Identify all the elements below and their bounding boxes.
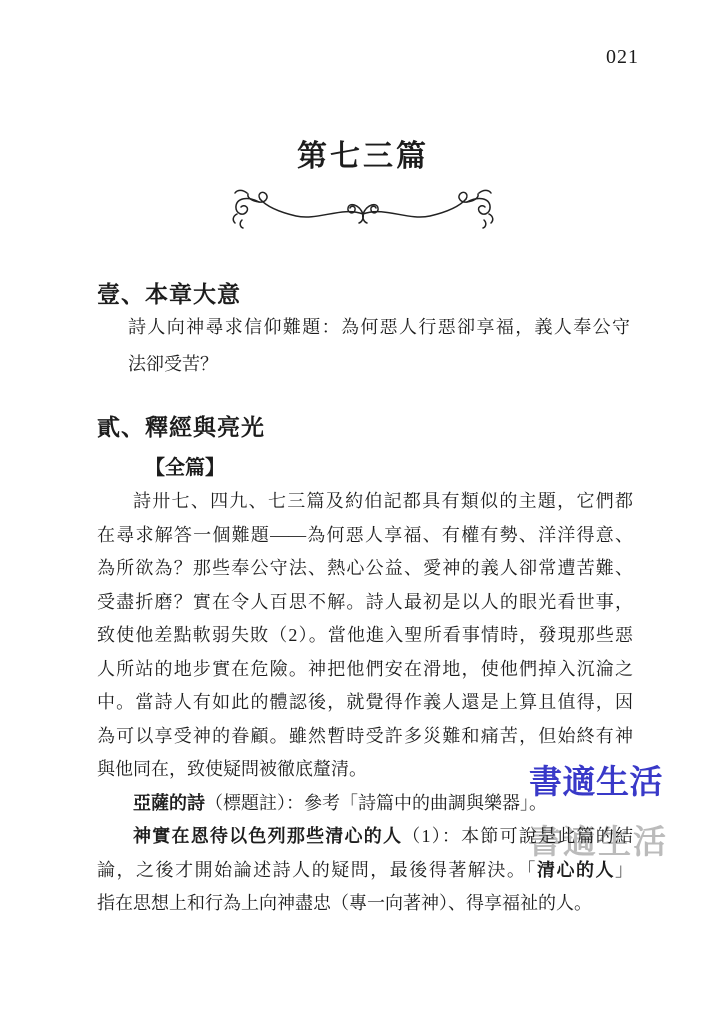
paragraph-asaph-title-note: 亞薩的詩（標題註）：參考「詩篇中的曲調與樂器」。 — [97, 787, 633, 821]
section1-body: 詩人向神尋求信仰難題：為何惡人行惡卻享福，義人奉公守法卻受苦？ — [128, 309, 630, 383]
text-segment: 論，之後才開始論述詩人的疑問，最後得著解決。「 — [97, 860, 537, 880]
text-segment: 詩人向神尋求信仰難題：為何惡人行惡卻享福，義人奉公守 — [128, 317, 630, 337]
section2-subheading: 【全篇】 — [145, 451, 225, 480]
text-segment: （1）：本節可說是此篇的結 — [402, 826, 633, 846]
text-segment: 在尋求解答一個難題——為何惡人享福、有權有勢、洋洋得意、 — [97, 525, 633, 545]
paragraph-whole-psalm: 詩卅七、四九、七三篇及約伯記都具有類似的主題，它們都在尋求解答一個難題——為何惡… — [97, 485, 633, 787]
text-segment: 為可以享受神的眷顧。雖然暫時受許多災難和痛苦，但始終有神 — [97, 726, 633, 746]
text-line: 論，之後才開始論述詩人的疑問，最後得著解決。「清心的人」 — [97, 854, 633, 888]
text-segment: 致使他差點軟弱失敗（2）。當他進入聖所看事情時，發現那些惡 — [97, 625, 633, 645]
section1-heading: 壹、本章大意 — [97, 276, 241, 309]
text-line: 與他同在，致使疑問被徹底釐清。 — [97, 753, 633, 787]
emphasized-phrase: 亞薩的詩 — [133, 793, 205, 813]
section2-body: 詩卅七、四九、七三篇及約伯記都具有類似的主題，它們都在尋求解答一個難題——為何惡… — [97, 485, 633, 921]
flourish-divider-icon — [0, 189, 726, 238]
text-segment: 人所站的地步實在危險。神把他們安在滑地，使他們掉入沉淪之 — [97, 659, 633, 679]
text-segment: 」 — [615, 860, 633, 880]
text-line: 為可以享受神的眷顧。雖然暫時受許多災難和痛苦，但始終有神 — [97, 720, 633, 754]
text-line: 中。當詩人有如此的體認後，就覺得作義人還是上算且值得，因 — [97, 686, 633, 720]
chapter-title: 第七三篇 — [0, 131, 726, 175]
emphasized-phrase: 清心的人 — [537, 860, 615, 880]
section2-heading: 貳、釋經與亮光 — [97, 409, 265, 442]
text-line: 為所欲為？那些奉公守法、熱心公益、愛神的義人卻常遭苦難、 — [97, 552, 633, 586]
text-line: 亞薩的詩（標題註）：參考「詩篇中的曲調與樂器」。 — [97, 787, 633, 821]
text-segment: 詩卅七、四九、七三篇及約伯記都具有類似的主題，它們都 — [133, 491, 633, 511]
book-page: 021 第七三篇 壹、本章大意 詩人向神尋求信仰難題：為何惡人行惡卻享福，義人奉 — [0, 0, 726, 1030]
text-segment: 中。當詩人有如此的體認後，就覺得作義人還是上算且值得，因 — [97, 692, 633, 712]
text-segment: 指在思想上和行為上向神盡忠（專一向著神）、得享福祉的人。 — [97, 893, 592, 913]
text-line: 詩人向神尋求信仰難題：為何惡人行惡卻享福，義人奉公守 — [128, 309, 630, 346]
paragraph-verse1-note: 神實在恩待以色列那些清心的人（1）：本節可說是此篇的結論，之後才開始論述詩人的疑… — [97, 820, 633, 921]
emphasized-phrase: 神實在恩待以色列那些清心的人 — [133, 826, 402, 846]
text-segment: 受盡折磨？實在令人百思不解。詩人最初是以人的眼光看世事， — [97, 592, 633, 612]
text-line: 人所站的地步實在危險。神把他們安在滑地，使他們掉入沉淪之 — [97, 653, 633, 687]
text-segment: 為所欲為？那些奉公守法、熱心公益、愛神的義人卻常遭苦難、 — [97, 558, 633, 578]
text-line: 受盡折磨？實在令人百思不解。詩人最初是以人的眼光看世事， — [97, 586, 633, 620]
page-number: 021 — [606, 46, 639, 69]
text-segment: 與他同在，致使疑問被徹底釐清。 — [97, 759, 367, 779]
text-line: 指在思想上和行為上向神盡忠（專一向著神）、得享福祉的人。 — [97, 887, 633, 921]
text-line: 致使他差點軟弱失敗（2）。當他進入聖所看事情時，發現那些惡 — [97, 619, 633, 653]
text-segment: 法卻受苦？ — [128, 354, 218, 374]
text-line: 在尋求解答一個難題——為何惡人享福、有權有勢、洋洋得意、 — [97, 519, 633, 553]
text-line: 法卻受苦？ — [128, 346, 630, 383]
text-segment: （標題註）：參考「詩篇中的曲調與樂器」。 — [205, 793, 547, 813]
text-line: 詩卅七、四九、七三篇及約伯記都具有類似的主題，它們都 — [97, 485, 633, 519]
text-line: 神實在恩待以色列那些清心的人（1）：本節可說是此篇的結 — [97, 820, 633, 854]
